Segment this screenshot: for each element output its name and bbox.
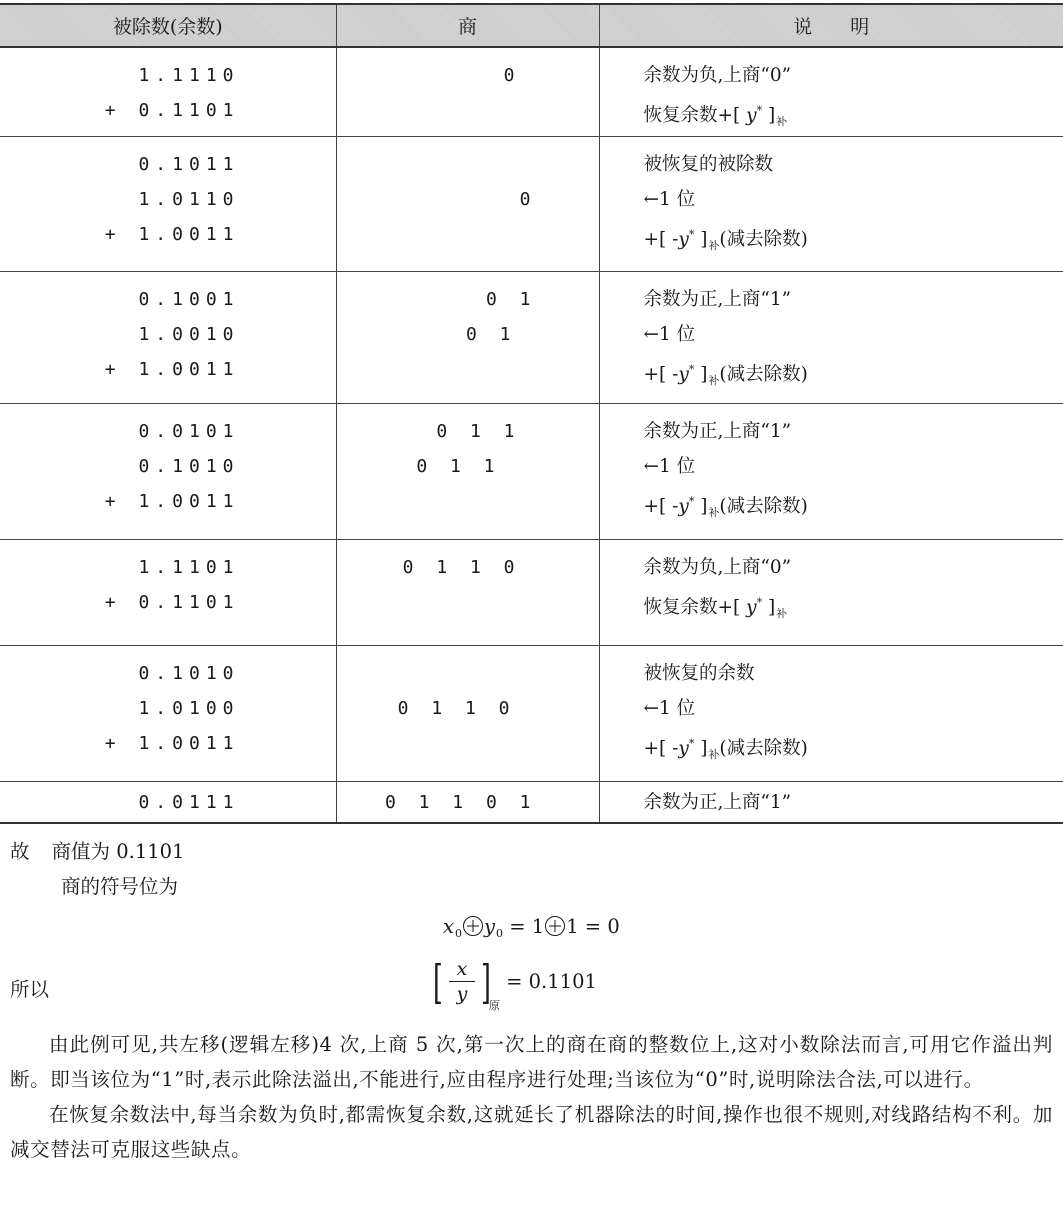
header-notes: 说 明 xyxy=(599,4,1063,47)
notes-cell-line: ←1 位 xyxy=(600,317,1063,352)
division-steps-table: 被除数(余数) 商 说 明 1.1110+ 0.11010余数为负,上商“0”恢… xyxy=(0,3,1063,824)
quotient-cell-line xyxy=(337,93,599,128)
dividend-cell-line: + 0.1101 xyxy=(0,585,336,620)
dividend-cell-line: 1.1101 xyxy=(0,550,336,585)
quotient-cell-line: 0 1 xyxy=(337,282,599,317)
conclusion-line-1: 故商值为 0.1101 xyxy=(10,834,184,869)
notes-cell: 被恢复的余数←1 位+[ -y* ]补(减去除数) xyxy=(599,646,1063,782)
dividend-cell: 0.10111.0110+ 1.0011 xyxy=(0,137,336,272)
dividend-cell: 0.10101.0100+ 1.0011 xyxy=(0,646,336,782)
table-row: 0.01010.1010+ 1.00110 1 10 1 1余数为正,上商“1”… xyxy=(0,404,1063,540)
table-row: 0.10111.0110+ 1.00110被恢复的被除数←1 位+[ -y* ]… xyxy=(0,137,1063,272)
quotient-cell-line xyxy=(337,147,599,182)
complement-subscript: 补 xyxy=(708,748,719,761)
notes-cell-line: 恢复余数+[ y* ]补 xyxy=(600,585,1063,620)
dividend-cell-line: 1.0100 xyxy=(0,691,336,726)
notes-cell-line: 被恢复的余数 xyxy=(600,656,1063,691)
dividend-cell-line: 1.0010 xyxy=(0,317,336,352)
notes-cell-line: 余数为负,上商“0” xyxy=(600,550,1063,585)
dividend-cell-line: 0.1001 xyxy=(0,282,336,317)
notes-cell-line: +[ -y* ]补(减去除数) xyxy=(600,484,1063,519)
quotient-cell-line: 0 1 1 xyxy=(337,414,599,449)
dividend-cell-line: 0.0101 xyxy=(0,414,336,449)
notes-cell-line: ←1 位 xyxy=(600,449,1063,484)
x-var: x xyxy=(443,915,454,938)
dividend-cell-line: 1.0110 xyxy=(0,182,336,217)
table-row: 0.10011.0010+ 1.00110 10 1余数为正,上商“1”←1 位… xyxy=(0,272,1063,404)
note-text: (减去除数) xyxy=(719,229,807,250)
sign-formula-rhs: = 1 xyxy=(509,915,544,938)
dividend-cell-line: 0.1010 xyxy=(0,449,336,484)
quotient-cell-line xyxy=(337,217,599,252)
quotient-cell-line: 0 1 1 xyxy=(337,449,599,484)
note-text: +[ - xyxy=(644,229,679,250)
y-var: y xyxy=(678,364,688,385)
note-text: +[ - xyxy=(644,496,679,517)
quotient-cell: 0 xyxy=(336,137,599,272)
note-text: (减去除数) xyxy=(719,496,807,517)
bracket-close: ] xyxy=(694,229,707,250)
notes-cell: 被恢复的被除数←1 位+[ -y* ]补(减去除数) xyxy=(599,137,1063,272)
quotient-cell-line xyxy=(337,352,599,387)
quotient-value-text: 商值为 0.1101 xyxy=(52,840,185,863)
notes-cell: 余数为正,上商“1”←1 位+[ -y* ]补(减去除数) xyxy=(599,404,1063,540)
x-subscript: 0 xyxy=(455,927,462,940)
explanation-paragraphs: 由此例可见,共左移(逻辑左移)4 次,上商 5 次,第一次上的商在商的整数位上,… xyxy=(0,1027,1063,1167)
quotient-cell-line xyxy=(337,726,599,761)
y-var: y xyxy=(678,229,688,250)
quotient-cell-line xyxy=(337,585,599,620)
note-text: 恢复余数+[ xyxy=(644,105,747,126)
bracket-close: ] xyxy=(694,738,707,759)
fraction-numerator: x xyxy=(457,958,468,980)
dividend-cell-line: + 1.0011 xyxy=(0,352,336,387)
notes-cell-line: 恢复余数+[ y* ]补 xyxy=(600,93,1063,128)
notes-cell-line: 余数为正,上商“1” xyxy=(600,785,1063,820)
result-value: = 0.1101 xyxy=(506,970,597,993)
y-subscript: 0 xyxy=(496,927,503,940)
notes-cell-line: ←1 位 xyxy=(600,691,1063,726)
complement-subscript: 补 xyxy=(776,607,787,620)
y-var: y xyxy=(746,105,756,126)
notes-cell-line: +[ -y* ]补(减去除数) xyxy=(600,352,1063,387)
bracket-close: ] xyxy=(762,597,775,618)
bracket-close: ] xyxy=(762,105,775,126)
paragraph-2: 在恢复余数法中,每当余数为负时,都需恢复余数,这就延长了机器除法的时间,操作也很… xyxy=(10,1097,1053,1167)
y-var: y xyxy=(678,496,688,517)
note-text: 恢复余数+[ xyxy=(644,597,747,618)
dividend-cell: 0.01010.1010+ 1.0011 xyxy=(0,404,336,540)
notes-cell: 余数为负,上商“0”恢复余数+[ y* ]补 xyxy=(599,47,1063,137)
note-text: +[ - xyxy=(644,738,679,759)
notes-cell-line: 余数为正,上商“1” xyxy=(600,414,1063,449)
notes-cell-line: +[ -y* ]补(减去除数) xyxy=(600,217,1063,252)
notes-cell-line: +[ -y* ]补(减去除数) xyxy=(600,726,1063,761)
xor-icon xyxy=(463,916,483,936)
y-var: y xyxy=(746,597,756,618)
dividend-cell: 1.1101+ 0.1101 xyxy=(0,540,336,646)
dividend-cell-line: 1.1110 xyxy=(0,58,336,93)
note-text: (减去除数) xyxy=(719,364,807,385)
so-label: 所以 xyxy=(10,974,49,1002)
quotient-cell: 0 1 1 0 xyxy=(336,646,599,782)
notes-cell-line: 被恢复的被除数 xyxy=(600,147,1063,182)
dividend-cell: 0.0111 xyxy=(0,782,336,824)
division-table-container: 被除数(余数) 商 说 明 1.1110+ 0.11010余数为负,上商“0”恢… xyxy=(0,3,1063,824)
quotient-cell-line: 0 1 xyxy=(337,317,599,352)
table-row: 1.1101+ 0.11010 1 1 0余数为负,上商“0”恢复余数+[ y*… xyxy=(0,540,1063,646)
left-bracket: [ xyxy=(433,959,443,1005)
notes-cell-line: 余数为负,上商“0” xyxy=(600,58,1063,93)
notes-cell: 余数为正,上商“1”←1 位+[ -y* ]补(减去除数) xyxy=(599,272,1063,404)
sign-bit-formula: x0y0 = 11 = 0 xyxy=(443,915,620,940)
notes-cell: 余数为正,上商“1” xyxy=(599,782,1063,824)
quotient-cell: 0 10 1 xyxy=(336,272,599,404)
fraction: x y xyxy=(449,958,475,1005)
quotient-cell-line xyxy=(337,656,599,691)
complement-subscript: 补 xyxy=(708,239,719,252)
dividend-cell-line: + 0.1101 xyxy=(0,93,336,128)
y-var: y xyxy=(678,738,688,759)
quotient-cell: 0 1 1 0 1 xyxy=(336,782,599,824)
quotient-cell: 0 1 1 0 xyxy=(336,540,599,646)
note-text: (减去除数) xyxy=(719,738,807,759)
table-row: 0.10101.0100+ 1.00110 1 1 0被恢复的余数←1 位+[ … xyxy=(0,646,1063,782)
quotient-cell: 0 1 10 1 1 xyxy=(336,404,599,540)
table-header-row: 被除数(余数) 商 说 明 xyxy=(0,4,1063,47)
complement-subscript: 补 xyxy=(708,374,719,387)
xor-icon xyxy=(545,916,565,936)
therefore-label: 故 xyxy=(10,840,30,863)
quotient-cell-line: 0 xyxy=(337,58,599,93)
header-quotient: 商 xyxy=(336,4,599,47)
paragraph-1: 由此例可见,共左移(逻辑左移)4 次,上商 5 次,第一次上的商在商的整数位上,… xyxy=(10,1027,1053,1097)
quotient-cell-line xyxy=(337,484,599,519)
complement-subscript: 补 xyxy=(708,506,719,519)
dividend-cell-line: + 1.0011 xyxy=(0,726,336,761)
notes-cell-line: ←1 位 xyxy=(600,182,1063,217)
dividend-cell-line: + 1.0011 xyxy=(0,484,336,519)
bracketed-fraction: [ x y ] xyxy=(429,958,495,1005)
quotient-cell-line: 0 1 1 0 1 xyxy=(337,785,599,820)
note-text: +[ - xyxy=(644,364,679,385)
sign-bit-label: 商的符号位为 xyxy=(61,869,178,904)
complement-subscript: 补 xyxy=(776,115,787,128)
dividend-cell: 1.1110+ 0.1101 xyxy=(0,47,336,137)
fraction-denominator: y xyxy=(457,983,468,1005)
header-dividend: 被除数(余数) xyxy=(0,4,336,47)
notes-cell-line: 余数为正,上商“1” xyxy=(600,282,1063,317)
dividend-cell-line: 0.0111 xyxy=(0,785,336,820)
bracket-close: ] xyxy=(694,364,707,385)
quotient-cell: 0 xyxy=(336,47,599,137)
dividend-cell: 0.10011.0010+ 1.0011 xyxy=(0,272,336,404)
y-var: y xyxy=(484,915,495,938)
notes-cell: 余数为负,上商“0”恢复余数+[ y* ]补 xyxy=(599,540,1063,646)
table-row: 1.1110+ 0.11010余数为负,上商“0”恢复余数+[ y* ]补 xyxy=(0,47,1063,137)
right-bracket: ] xyxy=(481,959,491,1005)
sign-formula-result: 1 = 0 xyxy=(566,915,620,938)
quotient-cell-line: 0 1 1 0 xyxy=(337,691,599,726)
dividend-cell-line: 0.1011 xyxy=(0,147,336,182)
quotient-cell-line: 0 xyxy=(337,182,599,217)
result-formula: [ x y ] 原 = 0.1101 xyxy=(429,958,597,1013)
table-row: 0.01110 1 1 0 1余数为正,上商“1” xyxy=(0,782,1063,824)
dividend-cell-line: 0.1010 xyxy=(0,656,336,691)
fraction-bar xyxy=(449,981,475,982)
dividend-cell-line: + 1.0011 xyxy=(0,217,336,252)
quotient-cell-line: 0 1 1 0 xyxy=(337,550,599,585)
bracket-close: ] xyxy=(694,496,707,517)
